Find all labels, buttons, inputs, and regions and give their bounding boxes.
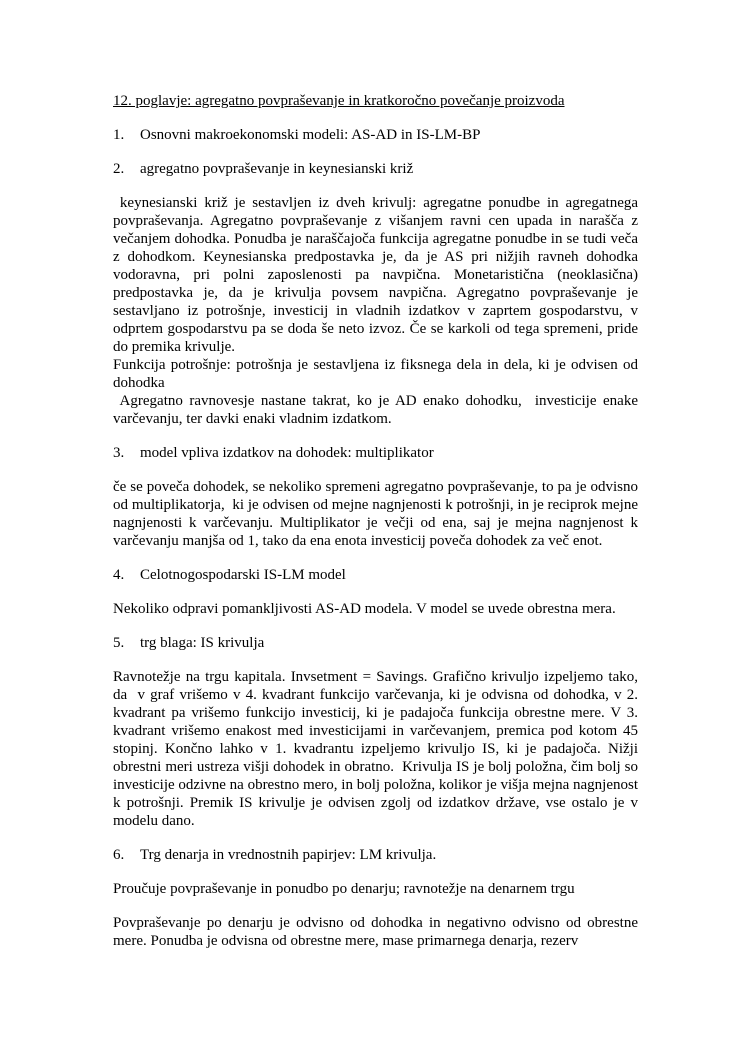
section-keynesian-cross: keynesianski križ je sestavljen iz dveh …: [113, 194, 638, 428]
list-item-5-text: trg blaga: IS krivulja: [140, 634, 638, 652]
list-item-2-text: agregatno povpraševanje in keynesianski …: [140, 160, 638, 178]
list-item-2-number: 2.: [113, 160, 140, 178]
paragraph-money-demand: Povpraševanje po denarju je odvisno od d…: [113, 914, 638, 950]
paragraph-keynesian-cross: keynesianski križ je sestavljen iz dveh …: [113, 194, 638, 356]
section-money-demand: Povpraševanje po denarju je odvisno od d…: [113, 914, 638, 950]
list-item-3-text: model vpliva izdatkov na dohodek: multip…: [140, 444, 638, 462]
paragraph-is-curve: Ravnotežje na trgu kapitala. Invsetment …: [113, 668, 638, 830]
section-islm-model: Nekoliko odpravi pomankljivosti AS-AD mo…: [113, 600, 638, 618]
list-item-1: 1. Osnovni makroekonomski modeli: AS-AD …: [113, 126, 638, 144]
section-money-market: Proučuje povpraševanje in ponudbo po den…: [113, 880, 638, 898]
list-item-6-text: Trg denarja in vrednostnih papirjev: LM …: [140, 846, 638, 864]
paragraph-money-market: Proučuje povpraševanje in ponudbo po den…: [113, 880, 638, 898]
list-item-5-number: 5.: [113, 634, 140, 652]
list-item-4-text: Celotnogospodarski IS-LM model: [140, 566, 638, 584]
list-item-2: 2. agregatno povpraševanje in keynesians…: [113, 160, 638, 178]
list-item-6: 6. Trg denarja in vrednostnih papirjev: …: [113, 846, 638, 864]
paragraph-consumption-function: Funkcija potrošnje: potrošnja je sestavl…: [113, 356, 638, 392]
list-item-4-number: 4.: [113, 566, 140, 584]
document-page: 12. poglavje: agregatno povpraševanje in…: [113, 92, 638, 966]
section-multiplier: če se poveča dohodek, se nekoliko spreme…: [113, 478, 638, 550]
paragraph-islm-model: Nekoliko odpravi pomankljivosti AS-AD mo…: [113, 600, 638, 618]
list-item-4: 4. Celotnogospodarski IS-LM model: [113, 566, 638, 584]
chapter-title: 12. poglavje: agregatno povpraševanje in…: [113, 92, 638, 110]
list-item-5: 5. trg blaga: IS krivulja: [113, 634, 638, 652]
paragraph-multiplier: če se poveča dohodek, se nekoliko spreme…: [113, 478, 638, 550]
list-item-3-number: 3.: [113, 444, 140, 462]
list-item-6-number: 6.: [113, 846, 140, 864]
section-is-curve: Ravnotežje na trgu kapitala. Invsetment …: [113, 668, 638, 830]
paragraph-aggregate-equilibrium: Agregatno ravnovesje nastane takrat, ko …: [113, 392, 638, 428]
list-item-3: 3. model vpliva izdatkov na dohodek: mul…: [113, 444, 638, 462]
list-item-1-text: Osnovni makroekonomski modeli: AS-AD in …: [140, 126, 638, 144]
list-item-1-number: 1.: [113, 126, 140, 144]
